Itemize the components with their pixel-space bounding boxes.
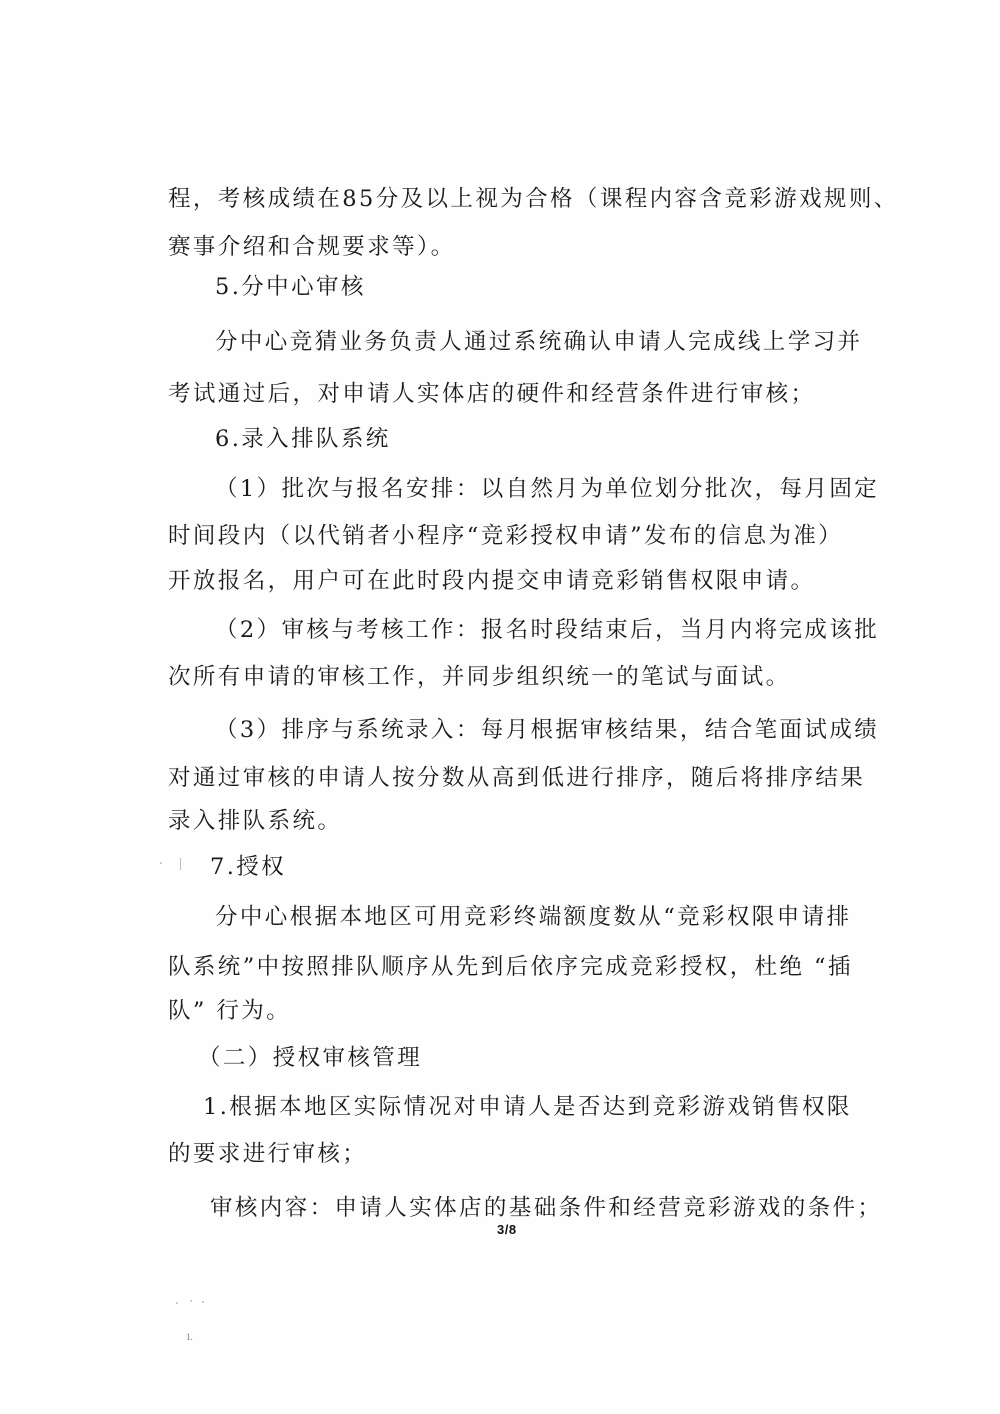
scan-speck xyxy=(180,858,181,870)
list-item-1: （1）批次与报名安排：以自然月为单位划分批次，每月固定 xyxy=(215,474,879,504)
body-text-line: 审核内容：申请人实体店的基础条件和经营竞彩游戏的条件； xyxy=(210,1193,882,1223)
body-text-line: 队” 行为。 xyxy=(168,996,291,1026)
numbered-item-1: 1.根据本地区实际情况对申请人是否达到竞彩游戏销售权限 xyxy=(203,1092,852,1122)
list-item-3: （3）排序与系统录入：每月根据审核结果，结合笔面试成绩 xyxy=(215,715,879,745)
scan-speck xyxy=(160,862,162,864)
body-text-line: 赛事介绍和合规要求等）。 xyxy=(168,232,456,262)
body-text-line: 对通过审核的申请人按分数从高到低进行排序，随后将排序结果 xyxy=(168,763,865,793)
section-heading-part-2: （二）授权审核管理 xyxy=(198,1043,422,1073)
scan-speck xyxy=(202,1301,204,1303)
body-text-line: 考试通过后，对申请人实体店的硬件和经营条件进行审核； xyxy=(168,379,815,409)
body-text-line: 的要求进行审核； xyxy=(168,1139,367,1169)
body-text-line: 次所有申请的审核工作，并同步组织统一的笔试与面试。 xyxy=(168,662,791,692)
section-heading-5: 5.分中心审核 xyxy=(215,272,366,302)
scan-speck xyxy=(176,1302,178,1304)
body-text-line: 开放报名，用户可在此时段内提交申请竞彩销售权限申请。 xyxy=(168,566,815,596)
body-text-line: 分中心竞猜业务负责人通过系统确认申请人完成线上学习并 xyxy=(215,327,862,357)
document-page: 程，考核成绩在85分及以上视为合格（课程内容含竞彩游戏规则、 赛事介绍和合规要求… xyxy=(0,0,1000,1414)
body-text-line: 时间段内（以代销者小程序“竞彩授权申请”发布的信息为准） xyxy=(168,521,843,551)
body-text-line: 录入排队系统。 xyxy=(168,806,342,836)
section-heading-6: 6.录入排队系统 xyxy=(215,424,391,454)
page-number: 3/8 xyxy=(497,1222,517,1237)
body-text-line: 队系统”中按照排队顺序从先到后依序完成竞彩授权，杜绝 “插 xyxy=(168,952,853,982)
scan-speck xyxy=(190,1300,192,1302)
body-text-line: 程，考核成绩在85分及以上视为合格（课程内容含竞彩游戏规则、 xyxy=(168,184,899,214)
list-item-2: （2）审核与考核工作：报名时段结束后，当月内将完成该批 xyxy=(215,615,879,645)
stray-mark: 1. xyxy=(186,1332,193,1342)
section-heading-7: 7.授权 xyxy=(210,852,286,882)
body-text-line: 分中心根据本地区可用竞彩终端额度数从“竞彩权限申请排 xyxy=(215,902,851,932)
